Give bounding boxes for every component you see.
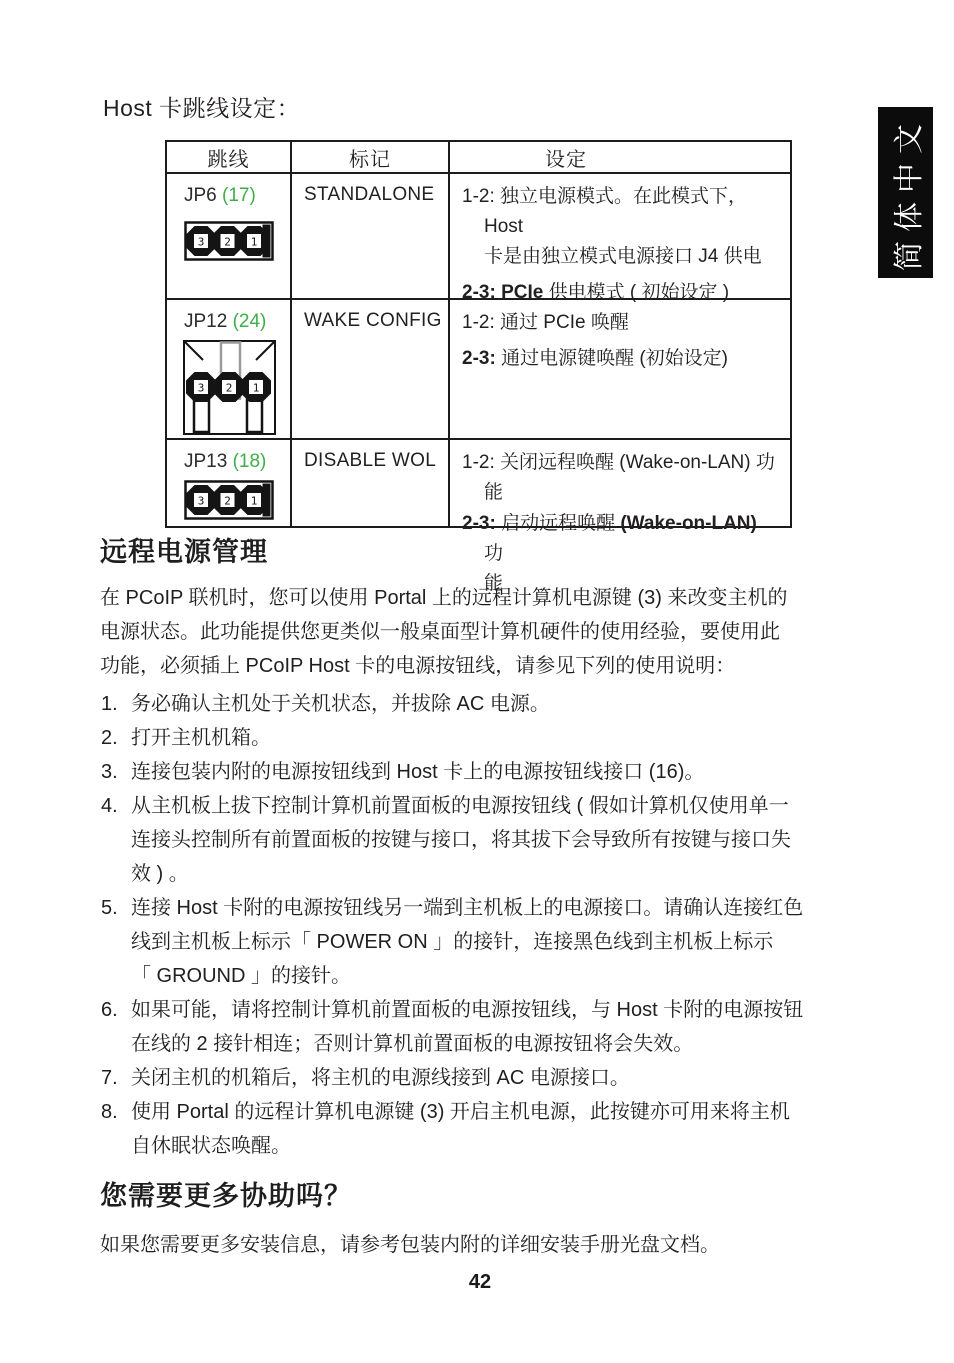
step-text: 连接包装内附的电源按钮线到 Host 卡上的电源按钮线接口 (16)。 xyxy=(131,761,704,783)
pin-number-3: 3 xyxy=(198,236,205,249)
pin-number-1: 1 xyxy=(251,236,258,249)
table-row-jp6-mark-cell: STANDALONE xyxy=(292,174,450,300)
jumper-diagram-jp12: 3 2 1 xyxy=(183,340,276,435)
leg-right xyxy=(247,400,262,432)
jumper-diagram-jp13: 3 2 1 xyxy=(184,480,274,520)
pin-number-3: 3 xyxy=(198,495,205,508)
step-text: 使用 Portal 的远程计算机电源键 (3) 开启主机电源，此按键亦可用来将主… xyxy=(131,1101,790,1157)
table-row-jp6-jumper-cell: JP6 (17) 3 2 1 xyxy=(167,174,292,300)
table-row-jp12-setting-cell: 1-2: 通过 PCIe 唤醒 2-3: 通过电源键唤醒 (初始设定) xyxy=(450,300,790,440)
table-row-jp13-setting-cell: 1-2: 关闭远程唤醒 (Wake-on-LAN) 功能 2-3: 启动远程唤醒… xyxy=(450,440,790,526)
table-row-jp13-mark-cell: DISABLE WOL xyxy=(292,440,450,526)
language-tab-label: 简体中文 xyxy=(884,115,928,271)
step-item-4: 4.从主机板上拔下控制计算机前置面板的电源按钮线 ( 假如计算机仅使用单一 连接… xyxy=(100,789,860,891)
step-item-1: 1.务必确认主机处于关机状态，并拔除 AC 电源。 xyxy=(100,687,860,721)
step-text: 务必确认主机处于关机状态，并拔除 AC 电源。 xyxy=(131,693,550,715)
step-number: 1. xyxy=(101,687,118,721)
pin-number-1: 1 xyxy=(251,495,258,508)
jumper-diagram-jp6: 3 2 1 xyxy=(184,221,274,261)
language-tab: 简体中文 xyxy=(878,107,933,278)
step-item-7: 7.关闭主机的机箱后，将主机的电源线接到 AC 电源接口。 xyxy=(100,1061,860,1095)
jumper-callout-number: (18) xyxy=(233,451,267,472)
jumper-callout-number: (17) xyxy=(222,185,256,206)
section-heading-help: 您需要更多协助吗？ xyxy=(100,1180,860,1213)
setting-line-2-3: 2-3: 通过电源键唤醒 (初始设定) xyxy=(462,344,780,374)
step-item-3: 3.连接包装内附的电源按钮线到 Host 卡上的电源按钮线接口 (16)。 xyxy=(100,755,860,789)
step-item-2: 2.打开主机机箱。 xyxy=(100,721,860,755)
step-number: 7. xyxy=(101,1061,118,1095)
step-item-6: 6.如果可能，请将控制计算机前置面板的电源按钮线，与 Host 卡附的电源按钮 … xyxy=(100,993,860,1061)
step-item-5: 5.连接 Host 卡附的电源按钮线另一端到主机板上的电源接口。请确认连接红色 … xyxy=(100,891,860,993)
pin-number-2: 2 xyxy=(224,495,231,508)
step-number: 4. xyxy=(101,789,118,823)
section-heading-remote-power: 远程电源管理 xyxy=(100,536,860,569)
step-text: 关闭主机的机箱后，将主机的电源线接到 AC 电源接口。 xyxy=(131,1067,630,1089)
table-row-jp12-mark-cell: WAKE CONFIG xyxy=(292,300,450,440)
table-header-mark: 标记 xyxy=(292,142,450,174)
step-text: 连接 Host 卡附的电源按钮线另一端到主机板上的电源接口。请确认连接红色 线到… xyxy=(131,897,803,987)
leg-left xyxy=(194,400,209,432)
step-item-8: 8.使用 Portal 的远程计算机电源键 (3) 开启主机电源，此按键亦可用来… xyxy=(100,1095,860,1163)
text-sections: 远程电源管理 在 PCoIP 联机时，您可以使用 Portal 上的远程计算机电… xyxy=(100,536,860,1294)
page-title: Host 卡跳线设定： xyxy=(103,90,300,123)
table-row-jp12-jumper-cell: JP12 (24) 3 2 1 xyxy=(167,300,292,440)
remote-power-paragraph: 在 PCoIP 联机时，您可以使用 Portal 上的远程计算机电源键 (3) … xyxy=(100,581,860,683)
table-header-jumper: 跳线 xyxy=(167,142,292,174)
jumper-callout-number: (24) xyxy=(233,311,267,332)
remote-power-steps: 1.务必确认主机处于关机状态，并拔除 AC 电源。 2.打开主机机箱。 3.连接… xyxy=(100,687,860,1163)
manual-page: 简体中文 Host 卡跳线设定： 跳线 标记 设定 JP6 (17) 3 2 1… xyxy=(0,0,954,1363)
step-text: 打开主机机箱。 xyxy=(131,727,271,749)
step-number: 8. xyxy=(101,1095,118,1129)
table-row-jp13-jumper-cell: JP13 (18) 3 2 1 xyxy=(167,440,292,526)
setting-line-1-2: 1-2: 通过 PCIe 唤醒 xyxy=(462,308,780,338)
jumper-name: JP12 (24) xyxy=(184,311,290,333)
step-text: 从主机板上拔下控制计算机前置面板的电源按钮线 ( 假如计算机仅使用单一 连接头控… xyxy=(131,795,791,885)
step-text: 如果可能，请将控制计算机前置面板的电源按钮线，与 Host 卡附的电源按钮 在线… xyxy=(131,999,803,1055)
jumper-table: 跳线 标记 设定 JP6 (17) 3 2 1 STANDALONE 1-2: … xyxy=(165,140,792,528)
pin-number-3: 3 xyxy=(198,382,205,395)
pin-number-2: 2 xyxy=(224,236,231,249)
table-row-jp6-setting-cell: 1-2: 独立电源模式。在此模式下，Host 卡是由独立模式电源接口 J4 供电… xyxy=(450,174,790,300)
setting-line-1-2: 1-2: 独立电源模式。在此模式下，Host 卡是由独立模式电源接口 J4 供电 xyxy=(462,182,780,272)
step-number: 6. xyxy=(101,993,118,1027)
pin-number-2: 2 xyxy=(226,382,233,395)
table-header-setting: 设定 xyxy=(450,142,790,174)
jumper-name: JP13 (18) xyxy=(184,451,290,473)
step-number: 5. xyxy=(101,891,118,925)
help-paragraph: 如果您需要更多安装信息，请参考包装内附的详细安装手册光盘文档。 xyxy=(100,1228,860,1262)
step-number: 3. xyxy=(101,755,118,789)
step-number: 2. xyxy=(101,721,118,755)
setting-line-1-2: 1-2: 关闭远程唤醒 (Wake-on-LAN) 功能 xyxy=(462,448,780,508)
jumper-name: JP6 (17) xyxy=(184,185,290,207)
page-number: 42 xyxy=(100,1271,860,1294)
pin-number-1: 1 xyxy=(253,382,260,395)
